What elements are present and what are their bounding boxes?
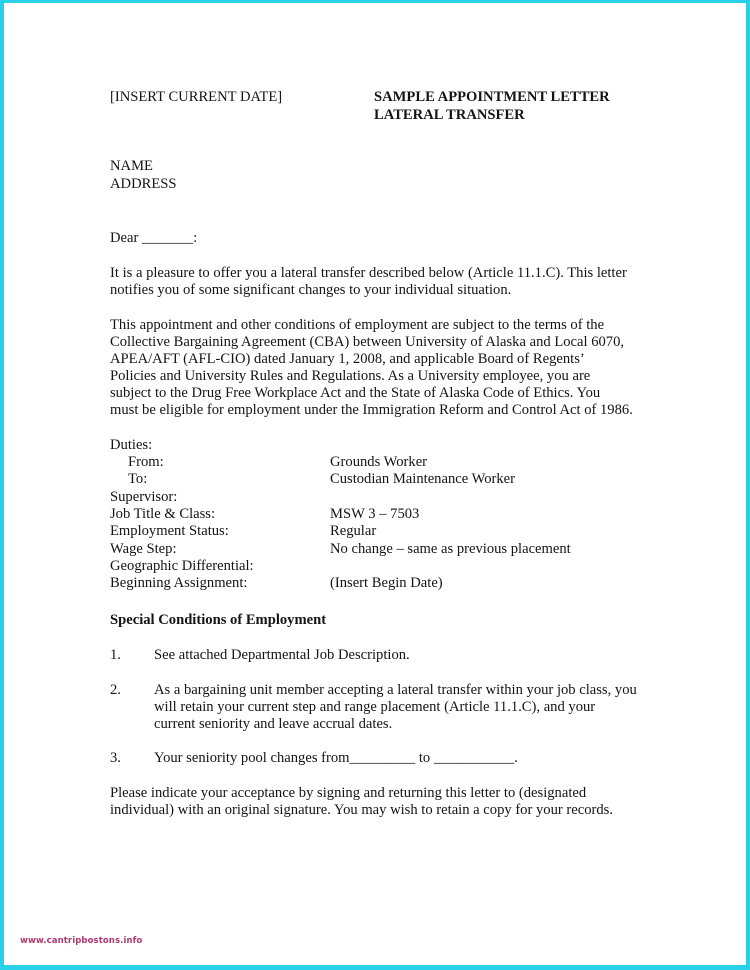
- special-conditions-heading: Special Conditions of Employment: [110, 612, 326, 629]
- paragraph-line: Please indicate your acceptance by signi…: [110, 785, 586, 802]
- detail-label: Supervisor:: [110, 489, 177, 505]
- item-number: 2.: [110, 682, 121, 699]
- paragraph-line: Policies and University Rules and Regula…: [110, 368, 590, 385]
- watermark-link[interactable]: www.cantripbostons.info: [20, 936, 142, 946]
- item-number: 3.: [110, 750, 121, 767]
- detail-label: Geographic Differential:: [110, 558, 254, 574]
- detail-value: Regular: [330, 523, 376, 540]
- item-text: As a bargaining unit member accepting a …: [154, 682, 637, 699]
- item-text: will retain your current step and range …: [154, 699, 595, 716]
- detail-value: Grounds Worker: [330, 454, 427, 471]
- detail-label: Job Title & Class:: [110, 506, 215, 522]
- letter-subtitle: LATERAL TRANSFER: [374, 107, 525, 124]
- paragraph-line: It is a pleasure to offer you a lateral …: [110, 265, 627, 282]
- detail-row-to: To: Custodian Maintenance Worker: [110, 471, 147, 488]
- detail-value: Custodian Maintenance Worker: [330, 471, 515, 488]
- salutation: Dear _______:: [110, 230, 197, 247]
- paragraph-line: subject to the Drug Free Workplace Act a…: [110, 385, 600, 402]
- detail-row-from: From: Grounds Worker: [110, 454, 164, 471]
- detail-row-beginning-assignment: Beginning Assignment: (Insert Begin Date…: [110, 575, 247, 592]
- paragraph-line: notifies you of some significant changes…: [110, 282, 511, 299]
- detail-row-geographic-differential: Geographic Differential:: [110, 558, 254, 575]
- detail-label: To:: [110, 471, 147, 487]
- detail-row-supervisor: Supervisor:: [110, 489, 177, 506]
- paragraph-line: APEA/AFT (AFL-CIO) dated January 1, 2008…: [110, 351, 585, 368]
- paragraph-line: individual) with an original signature. …: [110, 802, 613, 819]
- detail-label: Beginning Assignment:: [110, 575, 247, 591]
- detail-row-job-title: Job Title & Class: MSW 3 – 7503: [110, 506, 215, 523]
- item-number: 1.: [110, 647, 121, 664]
- letter-title: SAMPLE APPOINTMENT LETTER: [374, 89, 610, 106]
- detail-label: Duties:: [110, 437, 152, 453]
- detail-label: From:: [110, 454, 164, 470]
- detail-row-duties: Duties:: [110, 437, 152, 454]
- item-text: current seniority and leave accrual date…: [154, 716, 392, 733]
- paragraph-line: Collective Bargaining Agreement (CBA) be…: [110, 334, 624, 351]
- detail-value: No change – same as previous placement: [330, 541, 571, 558]
- recipient-name: NAME: [110, 158, 153, 175]
- date-placeholder: [INSERT CURRENT DATE]: [110, 89, 282, 106]
- detail-label: Employment Status:: [110, 523, 229, 539]
- item-text: Your seniority pool changes from________…: [154, 750, 518, 767]
- paragraph-line: must be eligible for employment under th…: [110, 402, 633, 419]
- appointment-letter: [INSERT CURRENT DATE] SAMPLE APPOINTMENT…: [4, 3, 746, 965]
- detail-label: Wage Step:: [110, 541, 177, 557]
- item-text: See attached Departmental Job Descriptio…: [154, 647, 410, 664]
- detail-row-employment-status: Employment Status: Regular: [110, 523, 229, 540]
- detail-value: (Insert Begin Date): [330, 575, 443, 592]
- detail-value: MSW 3 – 7503: [330, 506, 419, 523]
- recipient-address: ADDRESS: [110, 176, 177, 193]
- page-frame: [INSERT CURRENT DATE] SAMPLE APPOINTMENT…: [4, 3, 746, 965]
- detail-row-wage-step: Wage Step: No change – same as previous …: [110, 541, 177, 558]
- paragraph-line: This appointment and other conditions of…: [110, 317, 604, 334]
